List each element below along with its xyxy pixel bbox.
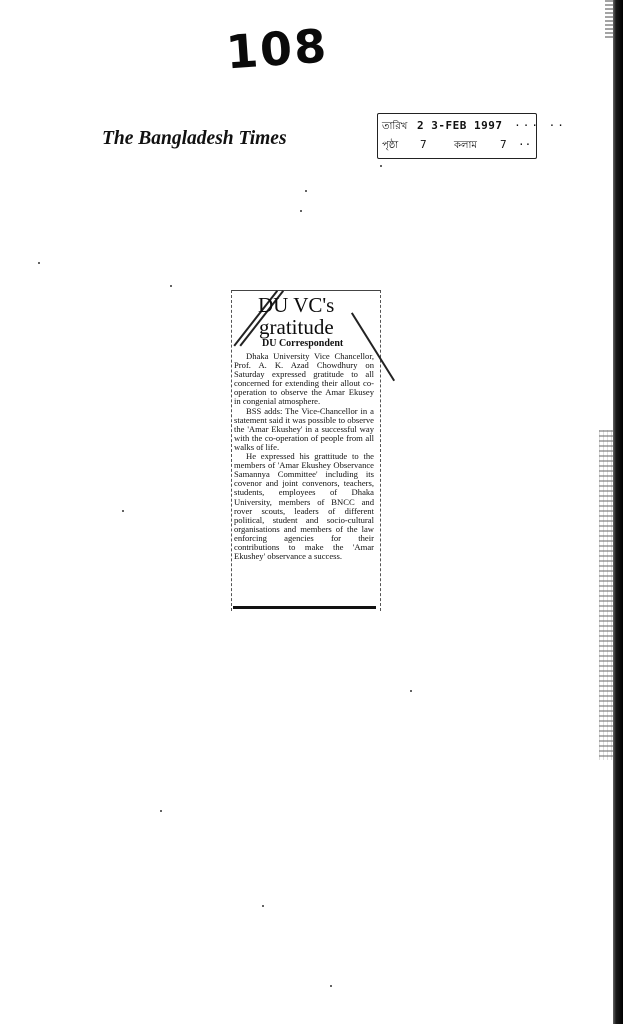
headline-line-1: DU VC's bbox=[258, 293, 334, 317]
scan-edge-noise-top bbox=[605, 0, 613, 40]
stamp-date-label: তারিখ bbox=[382, 121, 407, 132]
handwritten-page-number: 108 bbox=[224, 19, 330, 80]
newspaper-masthead: The Bangladesh Times bbox=[102, 128, 287, 150]
stamp-date-trailing: ··· ·· bbox=[514, 119, 566, 132]
scan-speck bbox=[380, 165, 382, 167]
stamp-column-label: কলাম bbox=[454, 138, 477, 155]
stamp-page-label: পৃষ্ঠা bbox=[382, 140, 398, 151]
scan-edge-noise bbox=[599, 430, 613, 760]
article-paragraph: BSS adds: The Vice-Chancellor in a state… bbox=[234, 407, 374, 452]
scan-speck bbox=[300, 210, 302, 212]
scan-speck bbox=[262, 905, 264, 907]
scan-speck bbox=[122, 510, 124, 512]
scan-speck bbox=[38, 262, 40, 264]
scan-edge-shadow bbox=[613, 0, 623, 1024]
stamp-column-trailing: ·· bbox=[518, 138, 531, 151]
scan-speck bbox=[160, 810, 162, 812]
clipping-bottom-rule bbox=[233, 606, 376, 609]
stamp-column-value: 7 bbox=[500, 138, 507, 151]
article-paragraph: Dhaka University Vice Chancellor, Prof. … bbox=[234, 352, 374, 407]
scan-speck bbox=[170, 285, 172, 287]
article-body: Dhaka University Vice Chancellor, Prof. … bbox=[234, 352, 374, 561]
scan-speck bbox=[305, 190, 307, 192]
stamp-page-value: 7 bbox=[420, 138, 427, 151]
archive-date-stamp: তারিখ 2 3-FEB 1997 ··· ·· পৃষ্ঠা 7 কলাম … bbox=[377, 113, 537, 159]
stamp-date-value: 2 3-FEB 1997 bbox=[417, 119, 502, 132]
article-paragraph: He expressed his grattitude to the membe… bbox=[234, 452, 374, 561]
stamp-page-column-row: পৃষ্ঠা 7 কলাম 7 ·· bbox=[382, 138, 532, 155]
scan-speck bbox=[330, 985, 332, 987]
headline-line-2: gratitude bbox=[258, 316, 378, 338]
stamp-date-row: তারিখ 2 3-FEB 1997 ··· ·· bbox=[382, 119, 566, 136]
article-headline: DU VC's gratitude bbox=[258, 294, 378, 338]
article-byline: DU Correspondent bbox=[262, 338, 343, 349]
scan-speck bbox=[410, 690, 412, 692]
